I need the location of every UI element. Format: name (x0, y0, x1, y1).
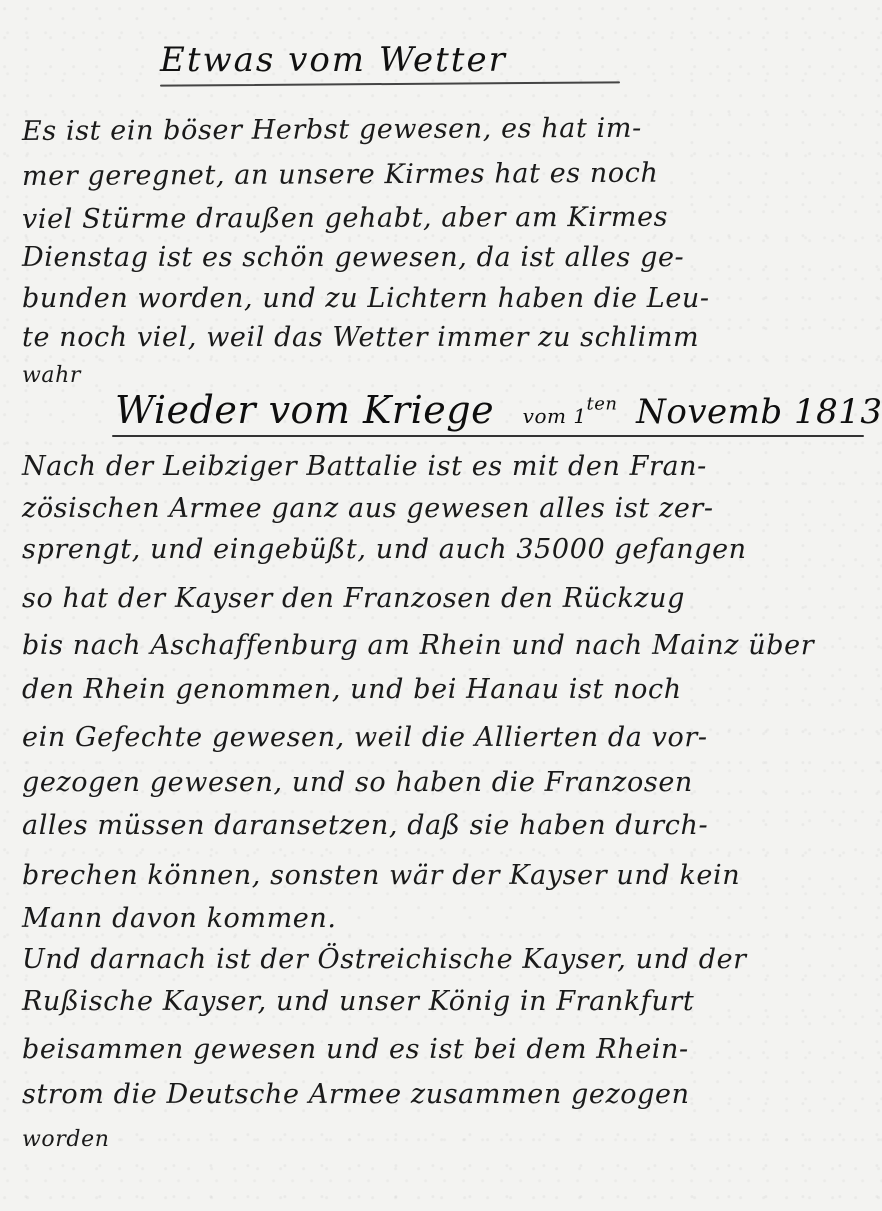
heading-main: Wieder vom Kriege (115, 388, 494, 432)
text-line: strom die Deutsche Armee zusammen gezoge… (22, 1075, 867, 1115)
text-line: so hat der Kayser den Franzosen den Rück… (22, 579, 867, 619)
text-line: sprengt, und eingebüßt, und auch 35000 g… (22, 530, 867, 570)
manuscript-page: Etwas vom Wetter Es ist ein böser Herbst… (0, 0, 882, 1211)
text-line: mer geregnet, an unsere Kirmes hat es no… (22, 153, 867, 197)
text-line: te noch viel, weil das Wetter immer zu s… (22, 318, 867, 358)
text-line: gezogen gewesen, und so haben die Franzo… (22, 763, 867, 803)
text-line: ein Gefechte gewesen, weil die Allierten… (22, 718, 867, 758)
text-line: den Rhein genommen, und bei Hanau ist no… (22, 670, 867, 710)
page-title: Etwas vom Wetter (160, 40, 507, 80)
heading-date-sup: ten (587, 393, 618, 414)
text-line: bunden worden, und zu Lichtern haben die… (22, 279, 867, 319)
text-line: Es ist ein böser Herbst gewesen, es hat … (22, 108, 867, 152)
text-line: bis nach Aschaffenburg am Rhein und nach… (22, 626, 867, 666)
text-line: Und darnach ist der Östreichische Kayser… (22, 940, 867, 980)
text-line: Nach der Leibziger Battalie ist es mit d… (22, 447, 867, 487)
section-heading: Wieder vom Kriege vom 1ten Novemb 1813 (115, 388, 882, 432)
text-line: Mann davon kommen. (22, 899, 867, 939)
blank-margin (0, 1160, 882, 1211)
heading-date: Novemb 1813 (636, 392, 882, 432)
text-line: alles müssen daransetzen, daß sie haben … (22, 806, 867, 846)
text-line: zösischen Armee ganz aus gewesen alles i… (22, 489, 867, 529)
text-line: brechen können, sonsten wär der Kayser u… (22, 856, 867, 896)
text-line: Dienstag ist es schön gewesen, da ist al… (22, 238, 867, 278)
title-underline (160, 81, 620, 86)
heading-date-prefix: vom 1 (523, 404, 587, 428)
heading-underline (112, 435, 864, 437)
text-line: worden (22, 1120, 867, 1160)
text-line: Rußische Kayser, und unser König in Fran… (22, 982, 867, 1022)
text-line: viel Stürme draußen gehabt, aber am Kirm… (22, 197, 867, 240)
text-line: beisammen gewesen und es ist bei dem Rhe… (22, 1030, 867, 1070)
